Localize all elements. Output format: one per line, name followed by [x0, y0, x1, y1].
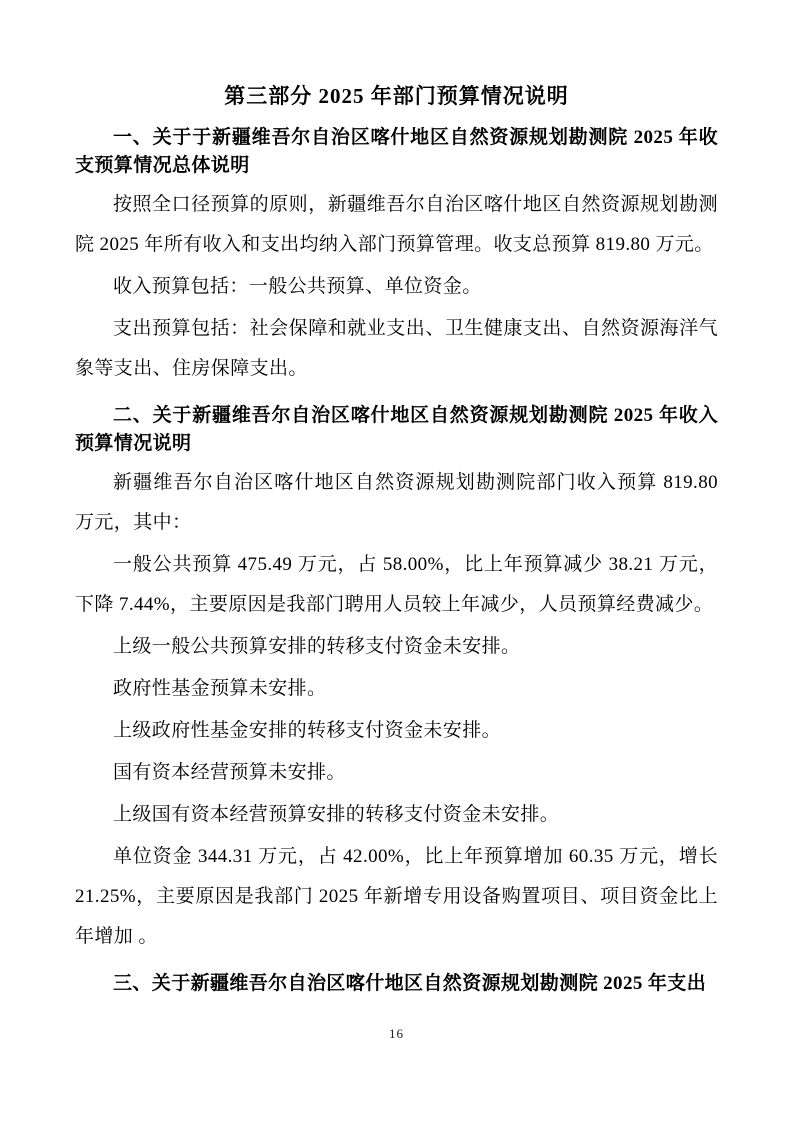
section-heading-3: 三、关于新疆维吾尔自治区喀什地区自然资源规划勘测院 2025 年支出 [75, 970, 718, 998]
body-paragraph-unit-funds: 单位资金 344.31 万元，占 42.00%，比上年预算增加 60.35 万元… [75, 837, 718, 957]
body-paragraph-general-budget: 一般公共预算 475.49 万元，占 58.00%，比上年预算减少 38.21 … [75, 545, 718, 625]
page-number: 16 [0, 1026, 793, 1042]
section-heading-2: 二、关于新疆维吾尔自治区喀什地区自然资源规划勘测院 2025 年收入预算情况说明 [75, 402, 718, 458]
body-paragraph-income-scope: 收入预算包括：一般公共预算、单位资金。 [75, 267, 718, 307]
body-paragraph-state-capital: 国有资本经营预算未安排。 [75, 753, 718, 793]
body-paragraph-overview: 按照全口径预算的原则，新疆维吾尔自治区喀什地区自然资源规划勘测院 2025 年所… [75, 185, 718, 265]
document-page: 第三部分 2025 年部门预算情况说明 一、关于于新疆维吾尔自治区喀什地区自然资… [0, 0, 793, 1122]
body-paragraph-transfer-state-capital: 上级国有资本经营预算安排的转移支付资金未安排。 [75, 795, 718, 835]
body-paragraph-transfer-gov-fund: 上级政府性基金安排的转移支付资金未安排。 [75, 711, 718, 751]
section-heading-1: 一、关于于新疆维吾尔自治区喀什地区自然资源规划勘测院 2025 年收支预算情况总… [75, 124, 718, 180]
document-title: 第三部分 2025 年部门预算情况说明 [75, 84, 718, 108]
body-paragraph-expense-scope: 支出预算包括：社会保障和就业支出、卫生健康支出、自然资源海洋气象等支出、住房保障… [75, 309, 718, 389]
body-paragraph-income-total: 新疆维吾尔自治区喀什地区自然资源规划勘测院部门收入预算 819.80 万元，其中… [75, 463, 718, 543]
body-paragraph-gov-fund: 政府性基金预算未安排。 [75, 669, 718, 709]
body-paragraph-transfer-general: 上级一般公共预算安排的转移支付资金未安排。 [75, 627, 718, 667]
